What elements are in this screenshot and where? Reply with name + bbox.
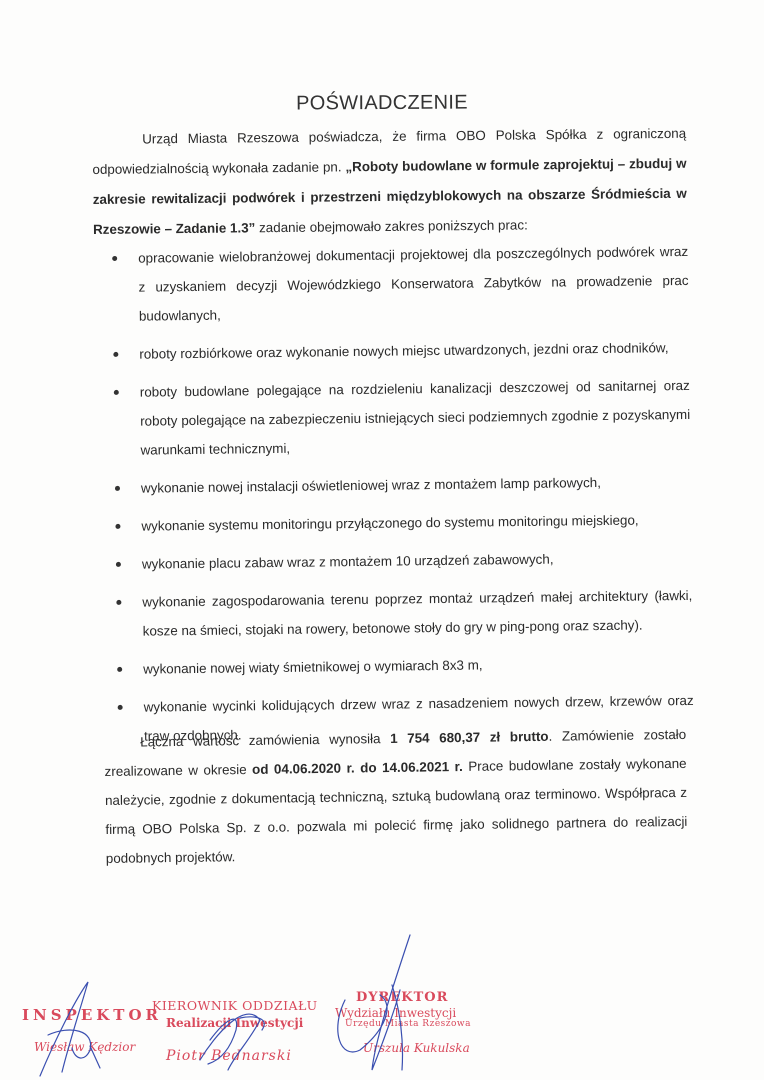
list-item: roboty rozbiórkowe oraz wykonanie nowych… [111,333,689,369]
stamp-manager-unit: Realizacji Inwestycji [166,1016,303,1030]
document-page: POŚWIADCZENIE Urząd Miasta Rzeszowa pośw… [0,0,764,1080]
stamp-manager-name: Piotr Bednarski [166,1048,292,1064]
list-item: wykonanie nowej wiaty śmietnikowej o wym… [115,648,693,684]
bullet-icon [112,256,117,261]
bullet-icon [115,524,120,529]
list-item: wykonanie placu zabaw wraz z montażem 10… [114,543,692,579]
bullet-icon [118,705,123,710]
page-title: POŚWIADCZENIE [0,90,764,117]
bullet-icon [116,600,121,605]
stamp-director-role: DYREKTOR [356,990,448,1005]
bullet-icon [114,390,119,395]
indent [92,143,142,144]
bullet-icon [116,562,121,567]
stamp-manager-role: KIEROWNIK ODDZIAŁU [152,998,318,1013]
order-value: 1 754 680,37 zł brutto [390,729,549,746]
intro-tail: zadanie obejmowało zakres poniższych pra… [255,217,528,235]
bullet-icon [113,352,118,357]
stamp-director-unit: Wydziału Inwestycji [335,1006,456,1020]
list-item: wykonanie zagospodarowania terenu poprze… [114,581,693,646]
stamp-director-name: Urszula Kukulska [363,1041,470,1055]
scope-list: opracowanie wielobranżowej dokumentacji … [110,237,694,760]
list-item: opracowanie wielobranżowej dokumentacji … [110,237,689,331]
intro-paragraph: Urząd Miasta Rzeszowa poświadcza, że fir… [92,119,687,245]
bullet-icon [117,667,122,672]
order-period: od 04.06.2020 r. do 14.06.2021 r. [252,759,463,777]
bullet-icon [115,486,120,491]
summary-paragraph: Łączna wartość zamówienia wynosiła 1 754… [104,720,688,873]
stamp-inspector-name: Wiesław Kędzior [34,1040,135,1054]
stamp-director-office: Urzędu Miasta Rzeszowa [345,1019,471,1029]
indent [104,746,140,747]
list-item: wykonanie nowej instalacji oświetleniowe… [113,467,691,503]
list-item: wykonanie systemu monitoringu przyłączon… [113,505,691,541]
list-item: roboty budowlane polegające na rozdziele… [112,371,691,465]
stamp-inspector-role: INSPEKTOR [22,1006,162,1024]
